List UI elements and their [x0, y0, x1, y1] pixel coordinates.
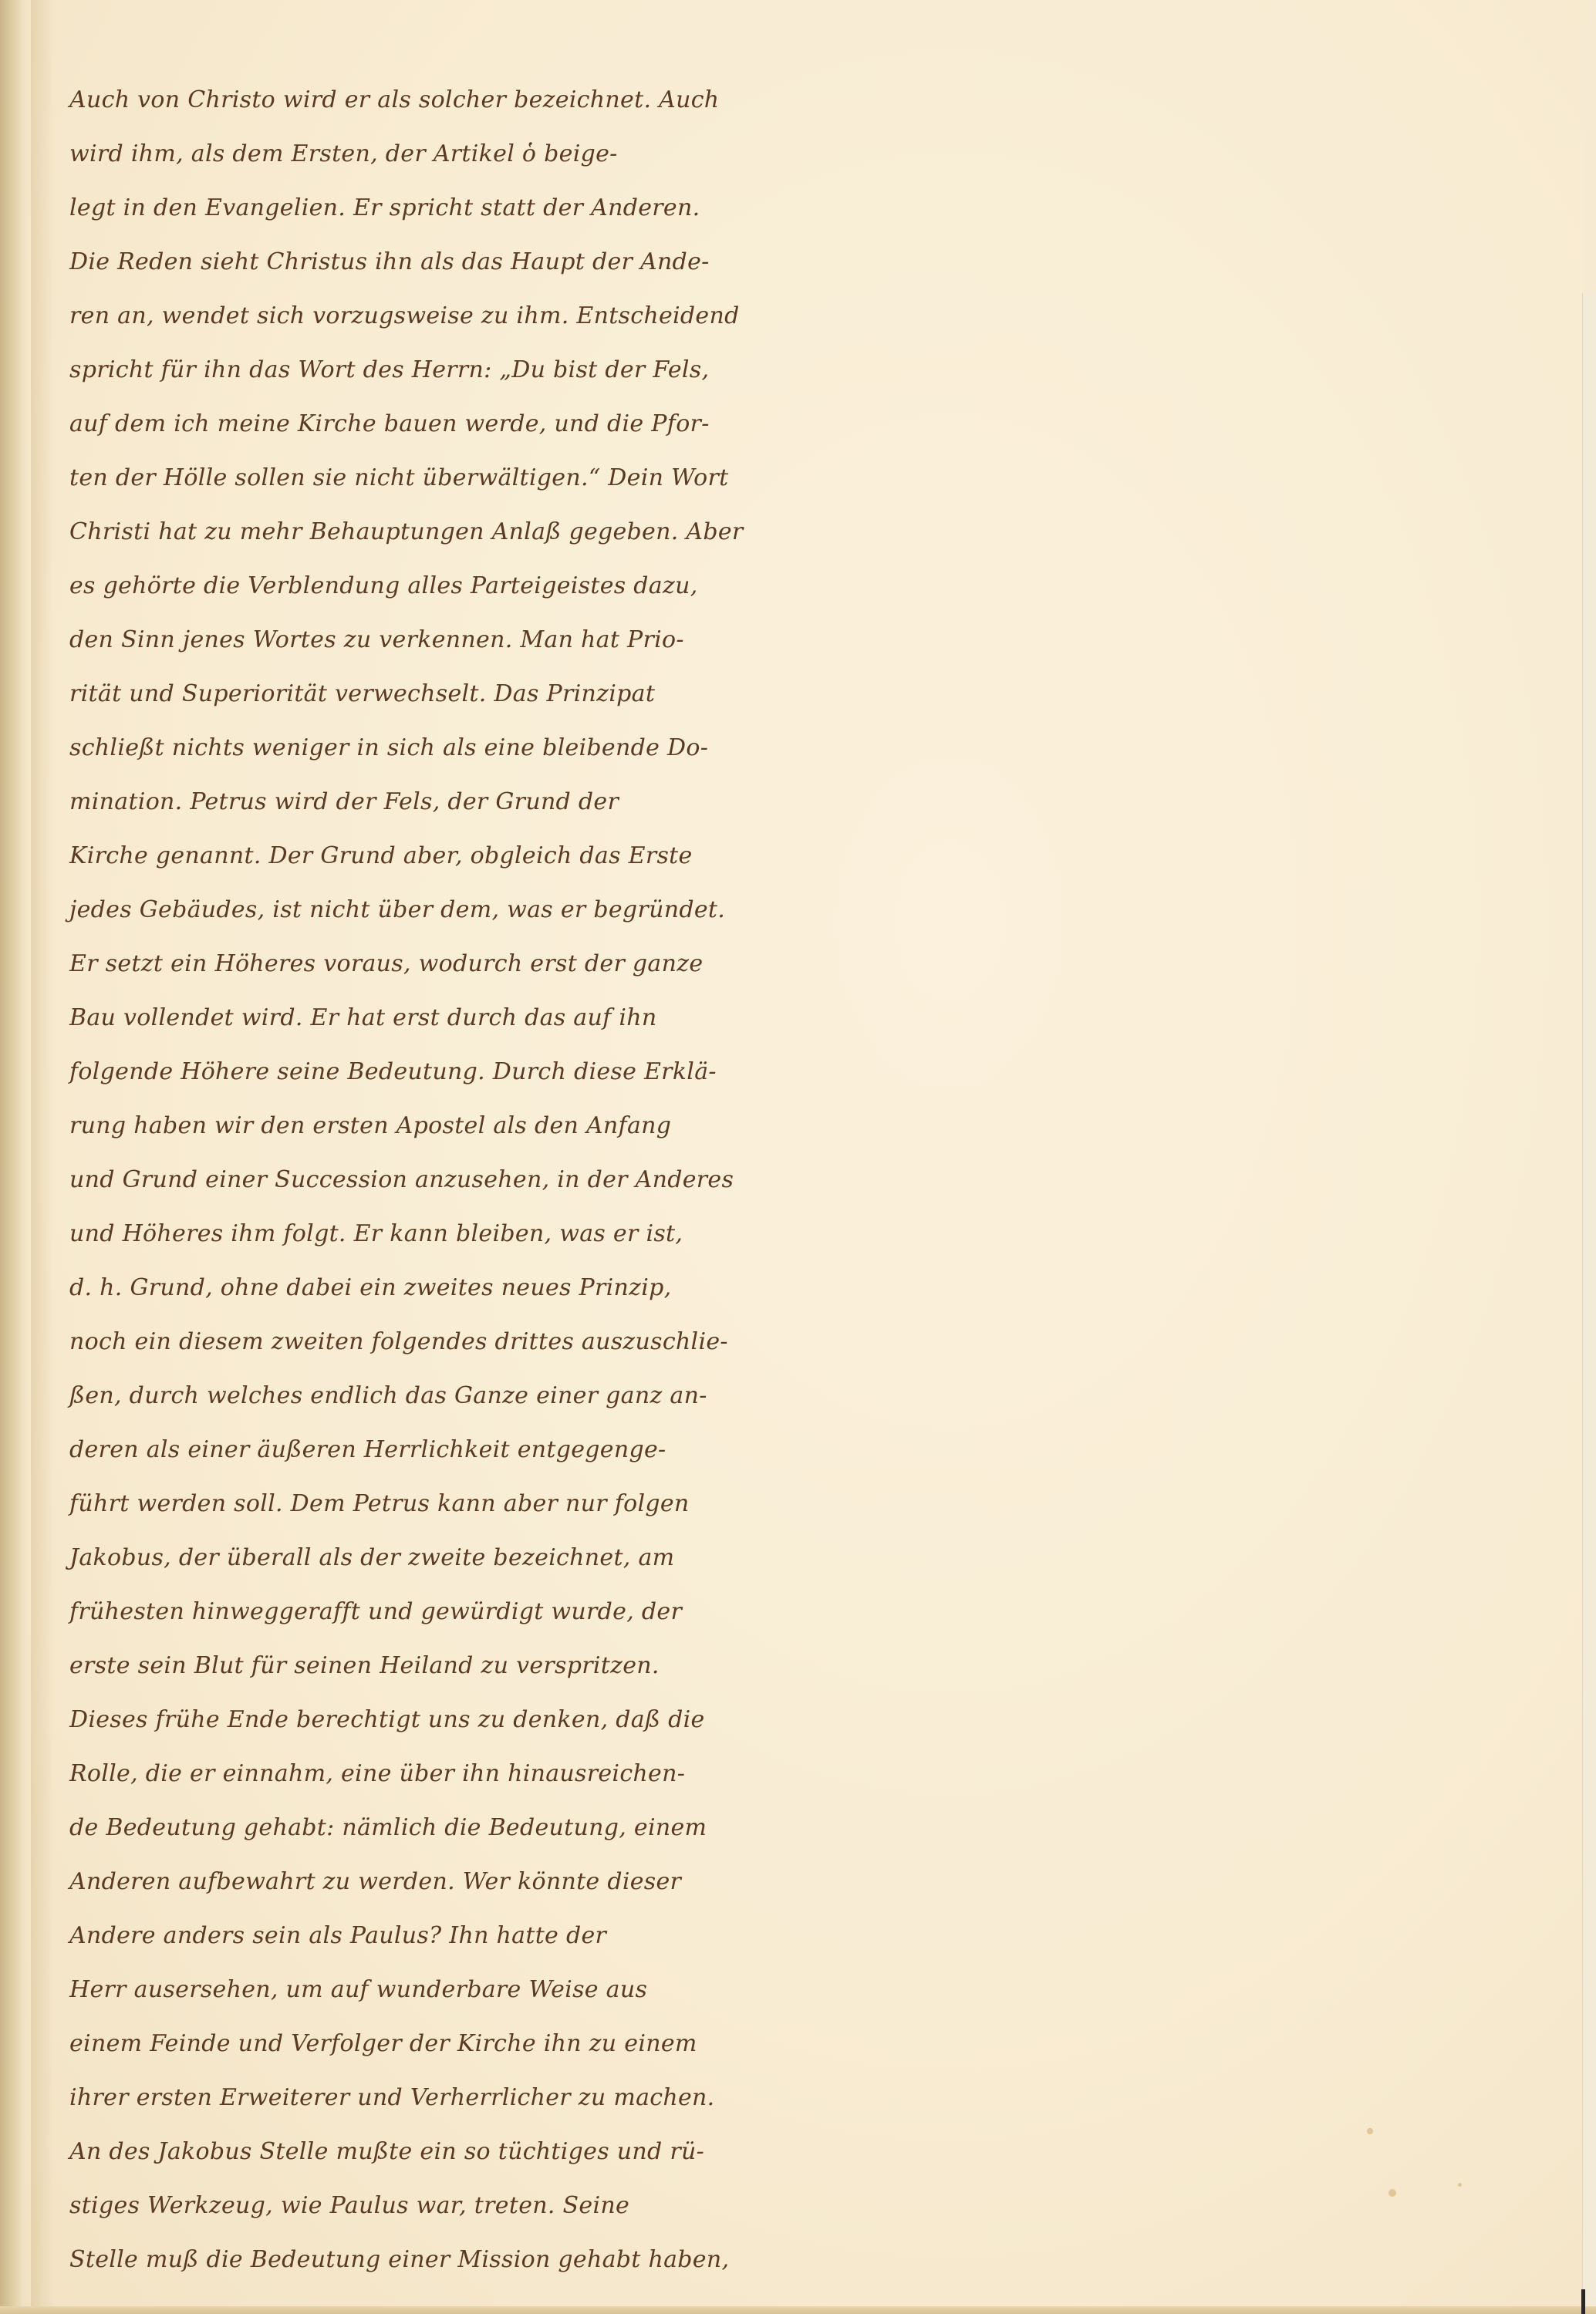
text-line: Er setzt ein Höheres voraus, wodurch ers…: [69, 937, 903, 991]
text-line: ßen, durch welches endlich das Ganze ein…: [69, 1369, 903, 1423]
text-line: und Grund einer Succession anzusehen, in…: [69, 1153, 903, 1207]
text-line: noch ein diesem zweiten folgendes dritte…: [69, 1315, 903, 1369]
text-line: und Höheres ihm folgt. Er kann bleiben, …: [69, 1207, 903, 1261]
text-line: folgende Höhere seine Bedeutung. Durch d…: [69, 1045, 903, 1099]
text-line: Anderen aufbewahrt zu werden. Wer könnte…: [69, 1855, 903, 1909]
text-line: ten der Hölle sollen sie nicht überwälti…: [69, 451, 903, 505]
text-line: Bau vollendet wird. Er hat erst durch da…: [69, 991, 903, 1045]
text-line: Jakobus, der überall als der zweite beze…: [69, 1531, 903, 1585]
text-line: führt werden soll. Dem Petrus kann aber …: [69, 1477, 903, 1531]
text-line: Herr ausersehen, um auf wunderbare Weise…: [69, 1963, 903, 2017]
binding-edge: [0, 0, 31, 2314]
text-line: es gehörte die Verblendung alles Parteig…: [69, 559, 903, 613]
text-line: ihrer ersten Erweiterer und Verherrliche…: [69, 2071, 903, 2125]
text-line: stiges Werkzeug, wie Paulus war, treten.…: [69, 2179, 903, 2233]
book-cover-corner: [1581, 2289, 1585, 2314]
text-line: Dieses frühe Ende berechtigt uns zu denk…: [69, 1693, 903, 1747]
text-line: Die Reden sieht Christus ihn als das Hau…: [69, 235, 903, 289]
binding-shadow: [31, 0, 54, 2314]
text-line: An des Jakobus Stelle mußte ein so tücht…: [69, 2125, 903, 2179]
text-line: rität und Superiorität verwechselt. Das …: [69, 667, 903, 721]
text-line: mination. Petrus wird der Fels, der Grun…: [69, 775, 903, 829]
text-line: den Sinn jenes Wortes zu verkennen. Man …: [69, 613, 903, 667]
text-line: schließt nichts weniger in sich als eine…: [69, 721, 903, 775]
foxing-spot: [1367, 2128, 1373, 2134]
text-line: legt in den Evangelien. Er spricht statt…: [69, 181, 903, 235]
text-line: Andere anders sein als Paulus? Ihn hatte…: [69, 1909, 903, 1963]
text-line: auf dem ich meine Kirche bauen werde, un…: [69, 397, 903, 451]
text-line: ren an, wendet sich vorzugsweise zu ihm.…: [69, 289, 903, 343]
text-line: d. h. Grund, ohne dabei ein zweites neue…: [69, 1261, 903, 1315]
text-line: Stelle muß die Bedeutung einer Mission g…: [69, 2233, 903, 2287]
text-line: Auch von Christo wird er als solcher bez…: [69, 73, 903, 127]
text-line: wird ihm, als dem Ersten, der Artikel ὁ …: [69, 127, 903, 181]
text-line: rung haben wir den ersten Apostel als de…: [69, 1099, 903, 1153]
text-line: erste sein Blut für seinen Heiland zu ve…: [69, 1639, 903, 1693]
underlying-page-strip: [1582, 293, 1596, 2314]
text-line: einem Feinde und Verfolger der Kirche ih…: [69, 2017, 903, 2071]
text-line: de Bedeutung gehabt: nämlich die Bedeutu…: [69, 1801, 903, 1855]
text-line: jedes Gebäudes, ist nicht über dem, was …: [69, 883, 903, 937]
page-bottom-edge: [0, 2306, 1596, 2314]
foxing-spot: [1388, 2189, 1396, 2197]
text-line: Kirche genannt. Der Grund aber, obgleich…: [69, 829, 903, 883]
text-line: spricht für ihn das Wort des Herrn: „Du …: [69, 343, 903, 397]
manuscript-text: Auch von Christo wird er als solcher bez…: [69, 73, 903, 2287]
text-line: frühesten hinweggerafft und gewürdigt wu…: [69, 1585, 903, 1639]
text-line: Christi hat zu mehr Behauptungen Anlaß g…: [69, 505, 903, 559]
foxing-spot: [1458, 2183, 1462, 2187]
text-line: Rolle, die er einnahm, eine über ihn hin…: [69, 1747, 903, 1801]
text-line: deren als einer äußeren Herrlichkeit ent…: [69, 1423, 903, 1477]
